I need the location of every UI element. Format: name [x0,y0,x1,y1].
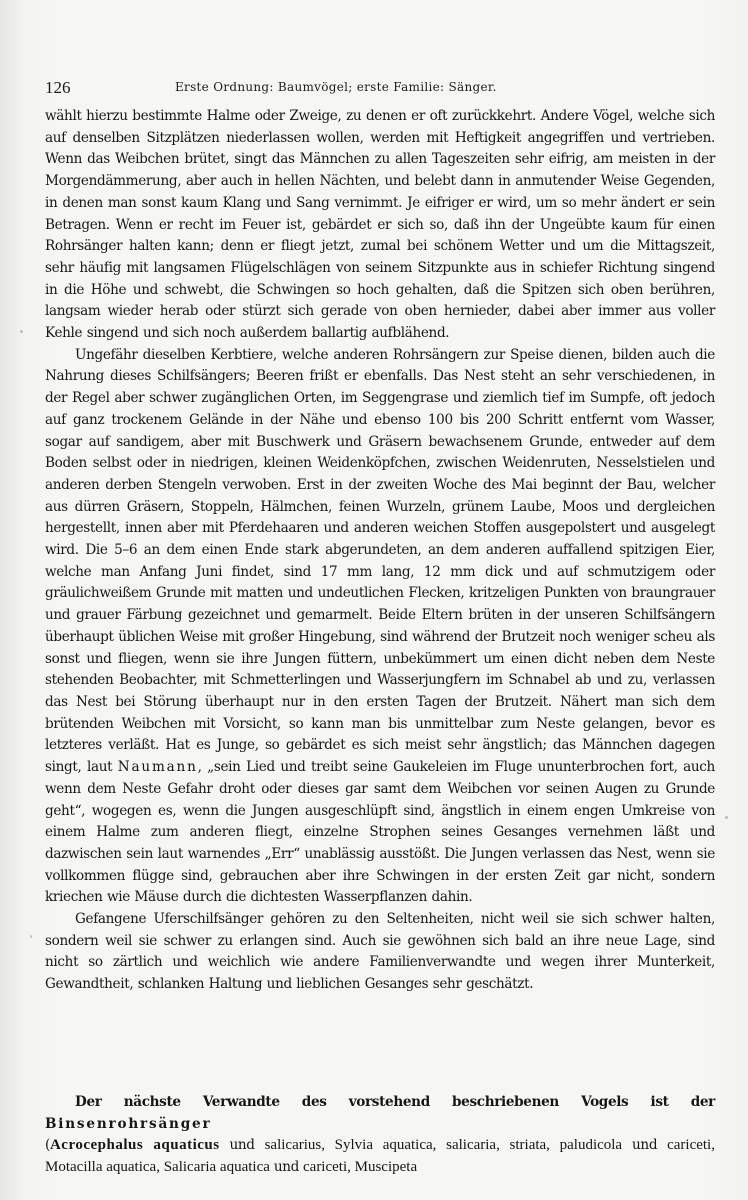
latin-name-1: Acrocephalus aquaticus [50,1137,220,1153]
page-header: 126 Erste Ordnung: Baumvögel; erste Fami… [45,78,717,100]
paragraph-3: Gefangene Uferschilfsänger gehören zu de… [45,909,715,996]
paper-speck [725,816,728,819]
conjunction-3: und [270,1159,303,1175]
paragraph-2-text-after: , „sein Lied und treibt seine Gaukeleien… [45,759,715,905]
author-name-naumann: Naumann [118,759,198,775]
latin-name-2: salicarius, Sylvia aquatica, salicaria, … [265,1137,623,1153]
paragraph-2-text-before: Ungefähr dieselben Kerbtiere, welche and… [45,347,715,775]
paper-speck [20,330,23,333]
running-head: Erste Ordnung: Baumvögel; erste Familie:… [175,80,497,94]
conjunction-2: und [622,1137,667,1153]
page-number: 126 [45,78,71,98]
paragraph-2: Ungefähr dieselben Kerbtiere, welche and… [45,345,715,909]
paragraph-4: Der nächste Verwandte des vorstehend bes… [45,1092,715,1179]
conjunction-1: und [220,1137,265,1153]
body-text: wählt hierzu bestimmte Halme oder Zweige… [45,106,715,996]
latin-name-4: cariceti, Muscipeta [303,1159,417,1175]
scanned-book-page: 126 Erste Ordnung: Baumvögel; erste Fami… [0,0,748,1200]
paper-speck [30,935,32,938]
paragraph-4-lead: Der nächste Verwandte des vorstehend bes… [75,1094,715,1110]
species-name: Binsenrohrsänger [45,1116,211,1132]
next-species-section: Der nächste Verwandte des vorstehend bes… [45,1092,715,1179]
paragraph-1: wählt hierzu bestimmte Halme oder Zweige… [45,106,715,345]
